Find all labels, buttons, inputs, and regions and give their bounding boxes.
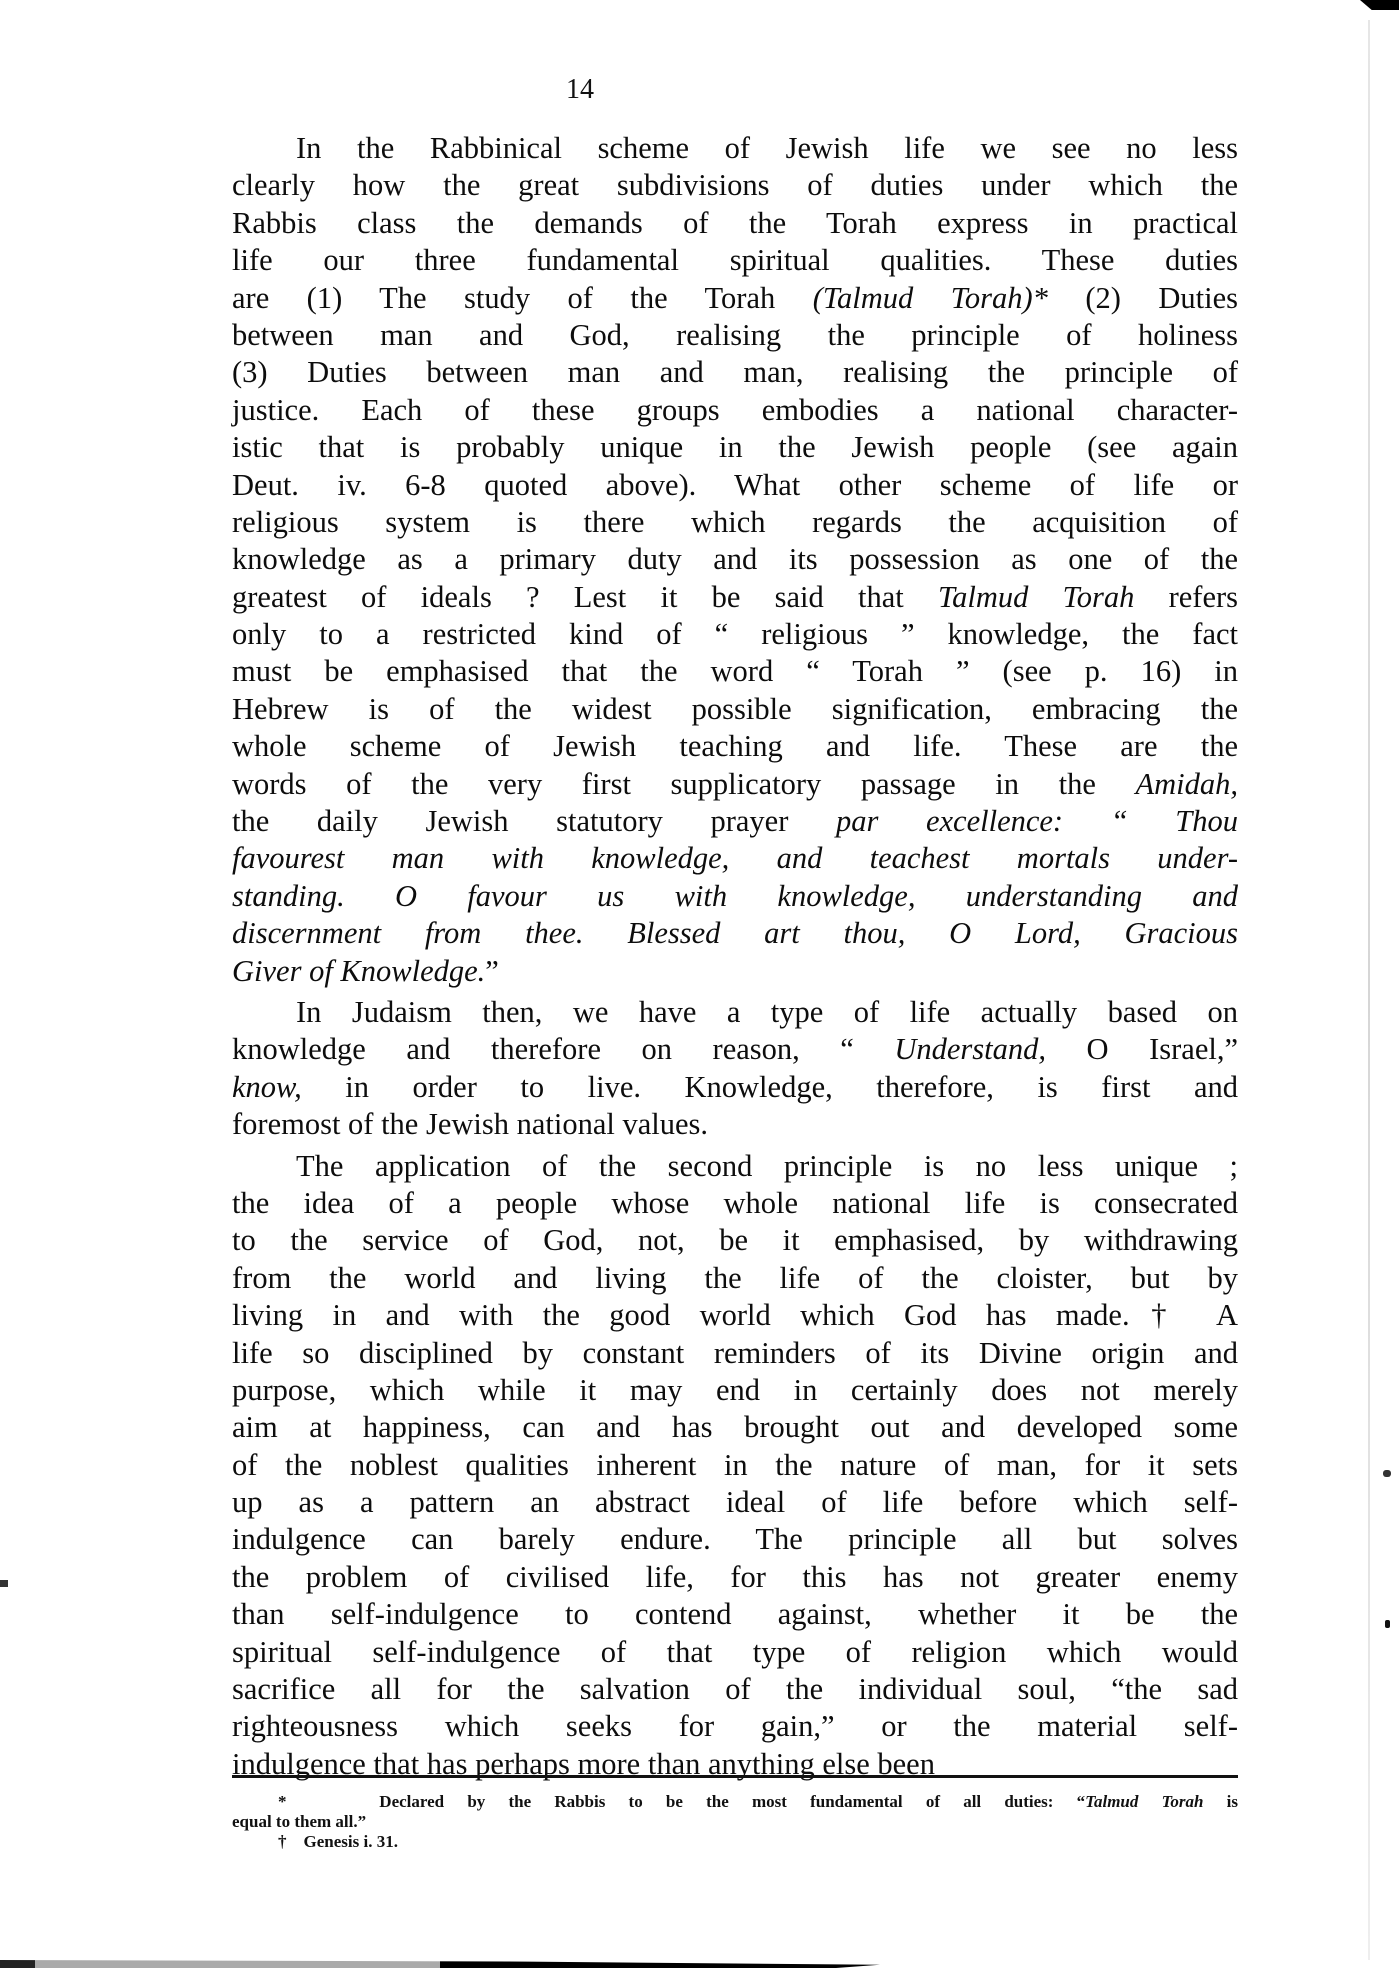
roman-text: only to a restricted kind of “ religious…: [232, 617, 1238, 651]
roman-text: of the noblest qualities inherent in the…: [232, 1448, 1238, 1482]
roman-text: to the service of God, not, be it emphas…: [232, 1223, 1238, 1257]
text-line: know, in order to live. Knowledge, there…: [232, 1069, 1238, 1106]
text-line: istic that is probably unique in the Jew…: [232, 429, 1238, 466]
roman-text: knowledge as a primary duty and its poss…: [232, 542, 1238, 576]
roman-text: O Israel,”: [1046, 1032, 1238, 1066]
text-line: Giver of Knowledge.”: [232, 953, 1238, 990]
text-line: discernment from thee. Blessed art thou,…: [232, 915, 1238, 952]
scan-speck: [0, 1580, 8, 1587]
footnote-marker: †: [278, 1832, 287, 1851]
italic-text: (Talmud Torah)*: [813, 281, 1048, 315]
text-line: In Judaism then, we have a type of life …: [232, 994, 1238, 1031]
text-line: knowledge and therefore on reason, “ Und…: [232, 1031, 1238, 1068]
text-line: of the noblest qualities inherent in the…: [232, 1447, 1238, 1484]
footnote-2: † Genesis i. 31.: [232, 1832, 1238, 1852]
roman-text: ”: [485, 954, 499, 988]
scan-corner-mark: [1360, 0, 1399, 10]
roman-text: knowledge and therefore on reason, “: [232, 1032, 894, 1066]
roman-text: sacrifice all for the salvation of the i…: [232, 1672, 1238, 1706]
italic-text: Talmud Torah: [938, 580, 1134, 614]
paragraphs: In the Rabbinical scheme of Jewish life …: [232, 130, 1238, 1783]
roman-text: Rabbis class the demands of the Torah ex…: [232, 206, 1238, 240]
text-line: Rabbis class the demands of the Torah ex…: [232, 205, 1238, 242]
body-text: In the Rabbinical scheme of Jewish life …: [232, 130, 1238, 1783]
roman-text: the idea of a people whose whole nationa…: [232, 1186, 1238, 1220]
text-line: religious system is there which regards …: [232, 504, 1238, 541]
italic-text: Amidah,: [1135, 767, 1238, 801]
italic-text: par excellence: “ Thou: [836, 804, 1238, 838]
text-line: greatest of ideals ? Lest it be said tha…: [232, 579, 1238, 616]
text-line: the daily Jewish statutory prayer par ex…: [232, 803, 1238, 840]
paragraph: In Judaism then, we have a type of life …: [232, 994, 1238, 1144]
text-line: life our three fundamental spiritual qua…: [232, 242, 1238, 279]
roman-text: Hebrew is of the widest possible signifi…: [232, 692, 1238, 726]
text-line: In the Rabbinical scheme of Jewish life …: [232, 130, 1238, 167]
text-line: foremost of the Jewish national values.: [232, 1106, 1238, 1143]
roman-text: are (1) The study of the Torah: [232, 281, 813, 315]
roman-text: aim at happiness, can and has brought ou…: [232, 1410, 1238, 1444]
text-line: to the service of God, not, be it emphas…: [232, 1222, 1238, 1259]
footnote-1: * Declared by the Rabbis to be the most …: [232, 1792, 1238, 1812]
paragraph: The application of the second principle …: [232, 1148, 1238, 1784]
roman-text: purpose, which while it may end in certa…: [232, 1373, 1238, 1407]
scan-bottom-smear: [0, 1960, 880, 1968]
roman-text: living in and with the good world which …: [232, 1298, 1238, 1332]
roman-text: clearly how the great subdivisions of du…: [232, 168, 1238, 202]
text-line: spiritual self-indulgence of that type o…: [232, 1634, 1238, 1671]
roman-text: up as a pattern an abstract ideal of lif…: [232, 1485, 1238, 1519]
footnote-1-continuation: equal to them all.”: [232, 1812, 1238, 1832]
roman-text: from the world and living the life of th…: [232, 1261, 1238, 1295]
roman-text: refers: [1134, 580, 1238, 614]
text-line: aim at happiness, can and has brought ou…: [232, 1409, 1238, 1446]
roman-text: life so disciplined by constant reminder…: [232, 1336, 1238, 1370]
text-line: standing. O favour us with knowledge, un…: [232, 878, 1238, 915]
page-number: 14: [0, 74, 1160, 106]
roman-text: In the Rabbinical scheme of Jewish life …: [296, 131, 1238, 165]
footnotes: * Declared by the Rabbis to be the most …: [232, 1792, 1238, 1852]
text-line: justice. Each of these groups embodies a…: [232, 392, 1238, 429]
roman-text: the problem of civilised life, for this …: [232, 1560, 1238, 1594]
roman-text: (2) Duties: [1048, 281, 1238, 315]
text-line: up as a pattern an abstract ideal of lif…: [232, 1484, 1238, 1521]
roman-text: greatest of ideals ? Lest it be said tha…: [232, 580, 938, 614]
text-line: life so disciplined by constant reminder…: [232, 1335, 1238, 1372]
roman-text: than self-indulgence to contend against,…: [232, 1597, 1238, 1631]
roman-text: words of the very first supplicatory pas…: [232, 767, 1135, 801]
paragraph: In the Rabbinical scheme of Jewish life …: [232, 130, 1238, 990]
text-line: from the world and living the life of th…: [232, 1260, 1238, 1297]
text-line: purpose, which while it may end in certa…: [232, 1372, 1238, 1409]
text-line: knowledge as a primary duty and its poss…: [232, 541, 1238, 578]
text-line: than self-indulgence to contend against,…: [232, 1596, 1238, 1633]
text-line: (3) Duties between man and man, realisin…: [232, 354, 1238, 391]
text-line: clearly how the great subdivisions of du…: [232, 167, 1238, 204]
footnote-text: Genesis i. 31.: [304, 1832, 398, 1851]
italic-text: favourest man with knowledge, and teache…: [232, 841, 1238, 875]
text-line: sacrifice all for the salvation of the i…: [232, 1671, 1238, 1708]
roman-text: righteousness which seeks for gain,” or …: [232, 1709, 1238, 1743]
footnote-text: Declared by the Rabbis to be the most fu…: [379, 1792, 1085, 1811]
italic-text: know,: [232, 1070, 302, 1104]
text-line: Deut. iv. 6-8 quoted above). What other …: [232, 467, 1238, 504]
roman-text: must be emphasised that the word “ Torah…: [232, 654, 1238, 688]
text-line: favourest man with knowledge, and teache…: [232, 840, 1238, 877]
text-line: The application of the second principle …: [232, 1148, 1238, 1185]
text-line: indulgence can barely endure. The princi…: [232, 1521, 1238, 1558]
roman-text: istic that is probably unique in the Jew…: [232, 430, 1238, 464]
roman-text: In Judaism then, we have a type of life …: [296, 995, 1238, 1029]
roman-text: between man and God, realising the princ…: [232, 318, 1238, 352]
italic-text: standing. O favour us with knowledge, un…: [232, 879, 1238, 913]
text-line: the idea of a people whose whole nationa…: [232, 1185, 1238, 1222]
text-line: only to a restricted kind of “ religious…: [232, 616, 1238, 653]
text-line: the problem of civilised life, for this …: [232, 1559, 1238, 1596]
roman-text: Deut. iv. 6-8 quoted above). What other …: [232, 468, 1238, 502]
text-line: whole scheme of Jewish teaching and life…: [232, 728, 1238, 765]
roman-text: justice. Each of these groups embodies a…: [232, 393, 1238, 427]
footnote-italic: Talmud Torah: [1085, 1792, 1203, 1811]
roman-text: the daily Jewish statutory prayer: [232, 804, 836, 838]
text-line: words of the very first supplicatory pas…: [232, 766, 1238, 803]
text-line: living in and with the good world which …: [232, 1297, 1238, 1334]
italic-text: discernment from thee. Blessed art thou,…: [232, 916, 1238, 950]
text-line: must be emphasised that the word “ Torah…: [232, 653, 1238, 690]
scan-speck: [1385, 1620, 1390, 1628]
roman-text: whole scheme of Jewish teaching and life…: [232, 729, 1238, 763]
roman-text: spiritual self-indulgence of that type o…: [232, 1635, 1238, 1669]
text-line: are (1) The study of the Torah (Talmud T…: [232, 280, 1238, 317]
roman-text: religious system is there which regards …: [232, 505, 1238, 539]
page-edge-shadow: [1368, 20, 1370, 1960]
text-line: between man and God, realising the princ…: [232, 317, 1238, 354]
roman-text: life our three fundamental spiritual qua…: [232, 243, 1238, 277]
footnote-divider: [232, 1775, 1238, 1778]
footnote-marker: *: [278, 1792, 287, 1811]
roman-text: indulgence can barely endure. The princi…: [232, 1522, 1238, 1556]
roman-text: The application of the second principle …: [296, 1149, 1238, 1183]
scan-speck: [1383, 1470, 1391, 1477]
text-line: Hebrew is of the widest possible signifi…: [232, 691, 1238, 728]
roman-text: (3) Duties between man and man, realisin…: [232, 355, 1238, 389]
italic-text: Giver of Knowledge.: [232, 954, 485, 988]
roman-text: in order to live. Knowledge, therefore, …: [302, 1070, 1238, 1104]
italic-text: Understand,: [894, 1032, 1046, 1066]
scanned-book-page: 14 In the Rabbinical scheme of Jewish li…: [0, 0, 1399, 1981]
text-line: righteousness which seeks for gain,” or …: [232, 1708, 1238, 1745]
footnote-text: is: [1203, 1792, 1238, 1811]
roman-text: foremost of the Jewish national values.: [232, 1107, 708, 1141]
